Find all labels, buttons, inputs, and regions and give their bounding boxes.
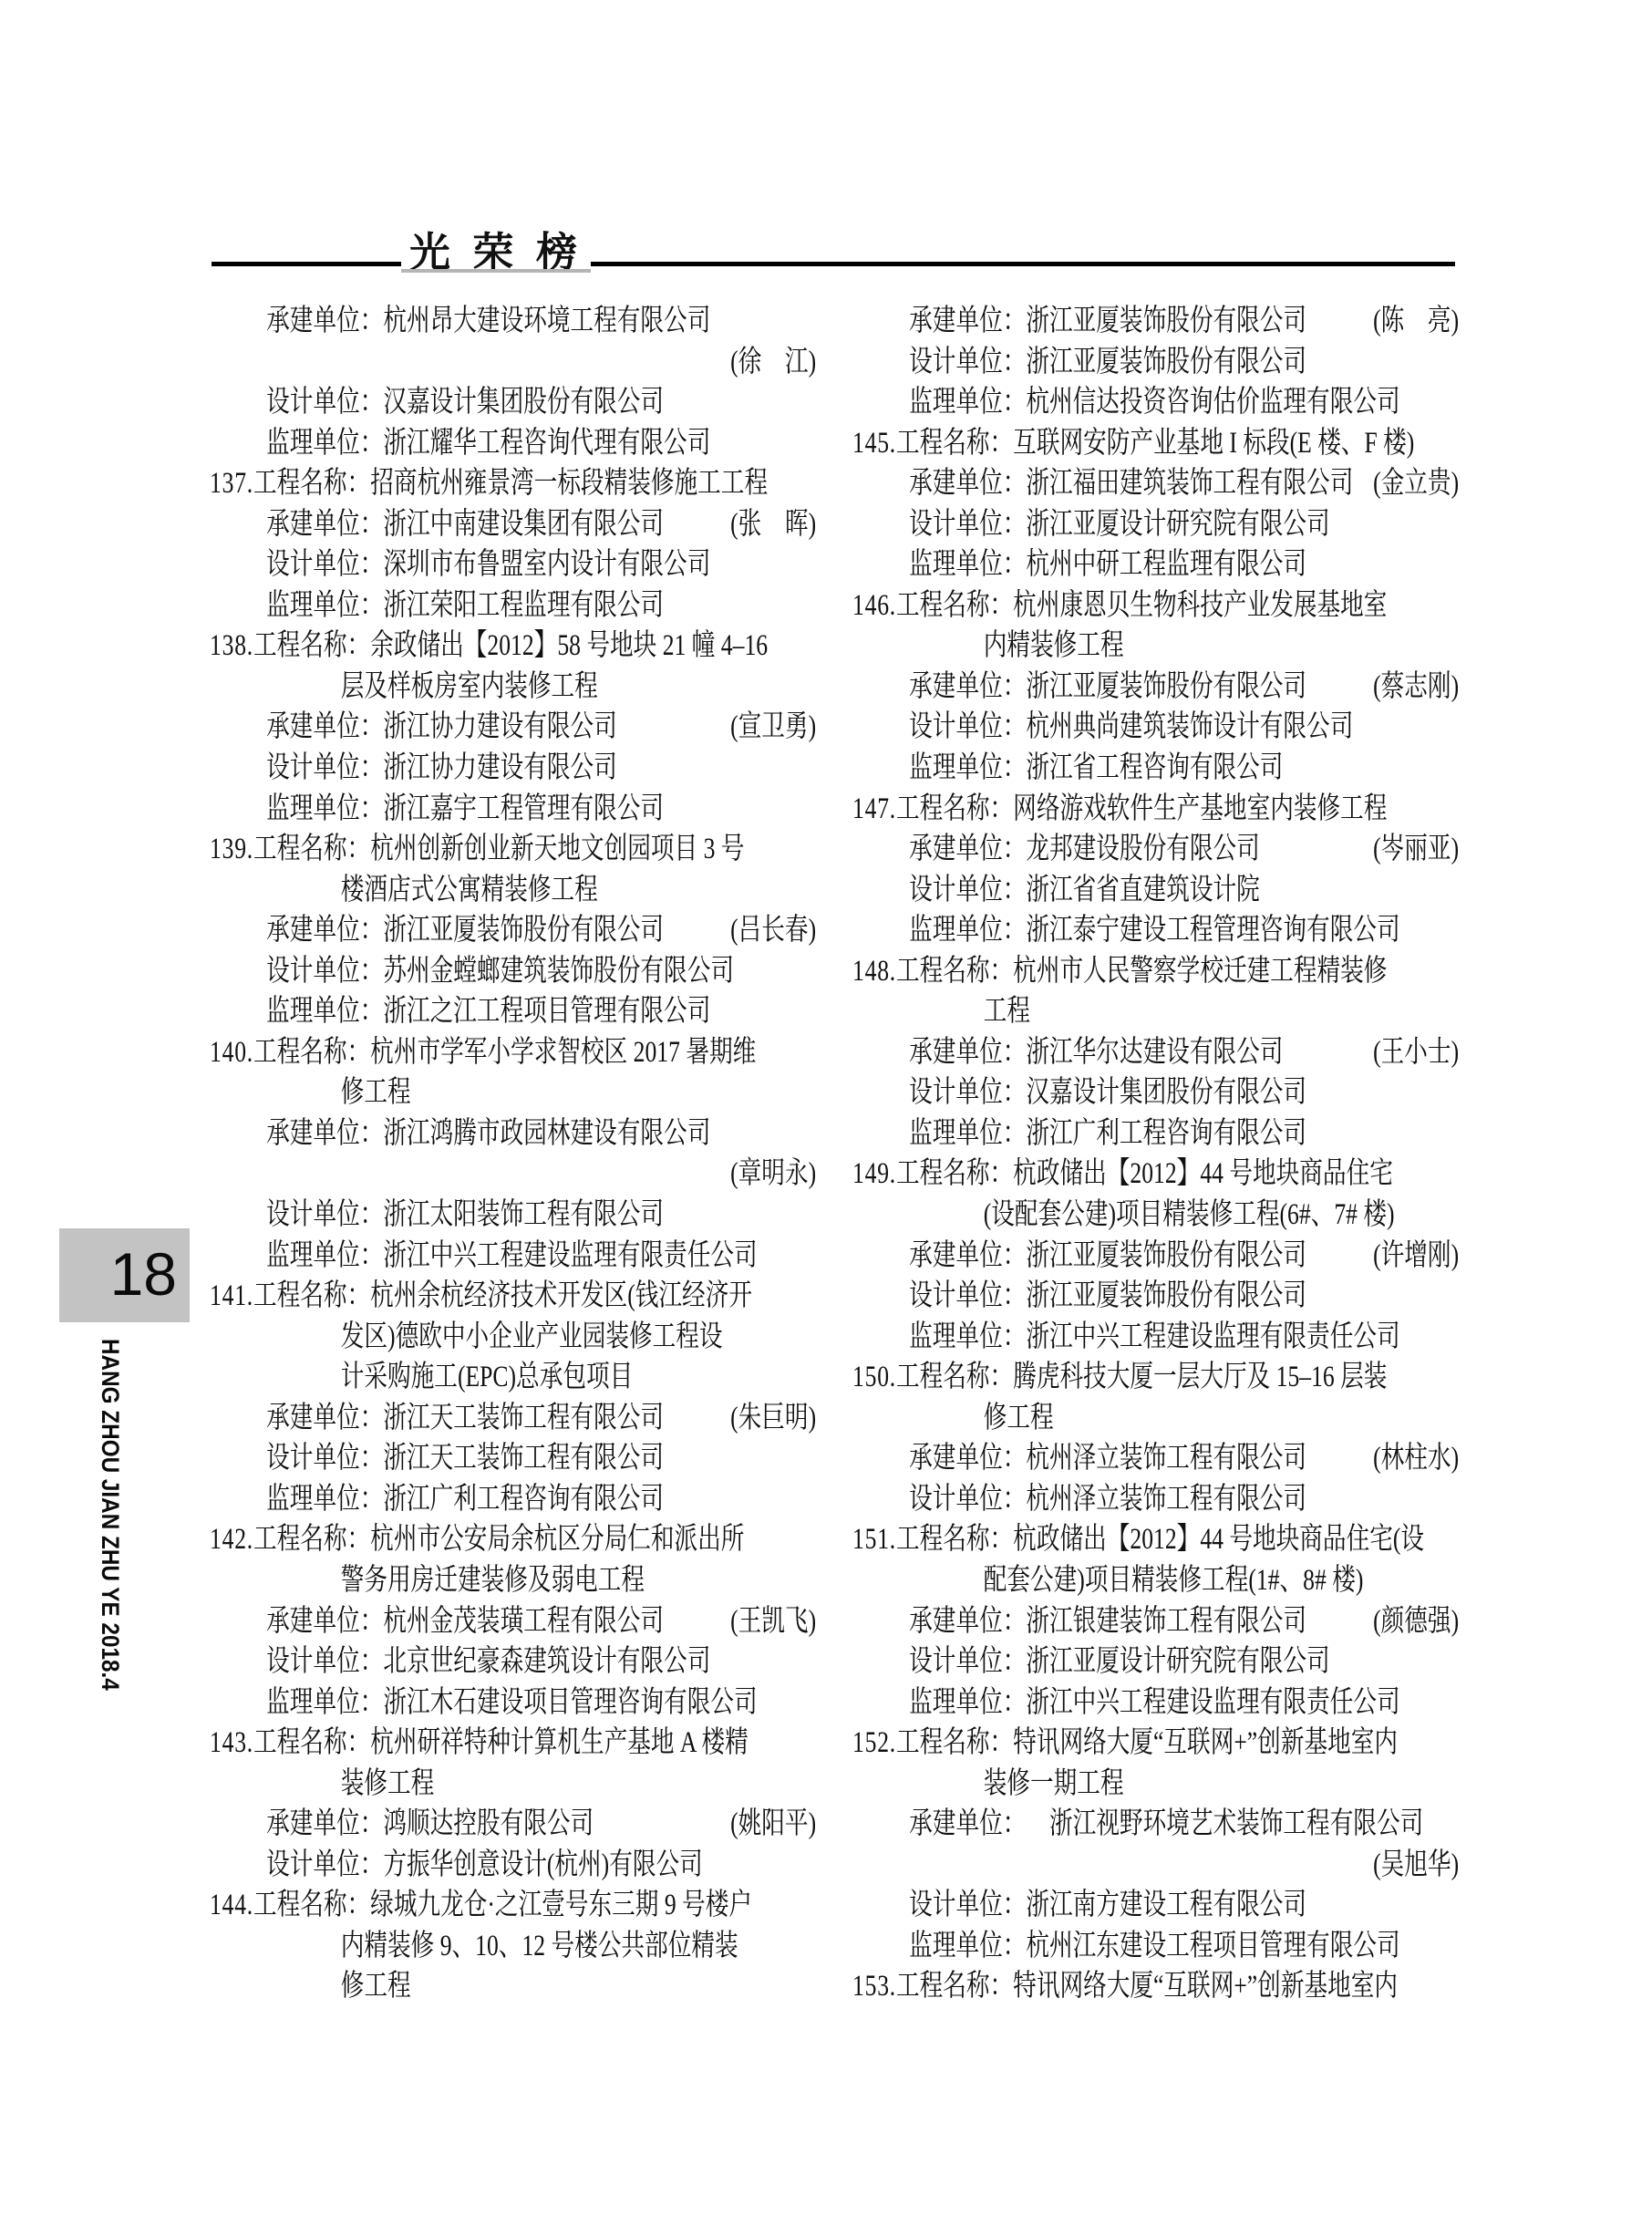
field-value: 浙江亚厦装饰股份有限公司 bbox=[1026, 342, 1306, 383]
field-line: 承建单位：鸿顺达控股有限公司(姚阳平) bbox=[210, 1804, 816, 1845]
field-value: 装修一期工程 bbox=[984, 1764, 1124, 1805]
project-title-line: 147.工程名称：网络游戏软件生产基地室内装修工程 bbox=[852, 789, 1459, 830]
field-label: 承建单位： bbox=[266, 301, 383, 342]
field-value: 汉嘉设计集团股份有限公司 bbox=[383, 382, 664, 423]
field-line: 监理单位：浙江耀华工程咨询代理有限公司 bbox=[210, 423, 816, 464]
wrapped-text-line: 配套公建)项目精装修工程(1#、8# 楼) bbox=[852, 1560, 1459, 1601]
field-value: 配套公建)项目精装修工程(1#、8# 楼) bbox=[984, 1560, 1364, 1601]
project-number: 137. bbox=[210, 463, 253, 504]
field-label: 承建单位： bbox=[266, 707, 383, 748]
field-line: 监理单位：浙江中兴工程建设监理有限责任公司 bbox=[852, 1317, 1459, 1358]
field-value: 鸿顺达控股有限公司 bbox=[383, 1804, 594, 1845]
award-person-name: (吴旭华) bbox=[1373, 1845, 1459, 1886]
field-value: 杭州江东建设工程项目管理有限公司 bbox=[1026, 1926, 1399, 1967]
award-person-name: (宣卫勇) bbox=[730, 707, 816, 748]
wrapped-text-line: 警务用房迁建装修及弱电工程 bbox=[210, 1560, 816, 1601]
field-label: 工程名称： bbox=[896, 1519, 1013, 1560]
project-title-line: 148.工程名称：杭州市人民警察学校迁建工程精装修 bbox=[852, 951, 1459, 992]
wrapped-text-line: 发区)德欧中小企业产业园装修工程设 bbox=[210, 1317, 816, 1358]
field-value: 杭州信达投资咨询估价监理有限公司 bbox=[1026, 382, 1399, 423]
wrapped-text-line: 工程 bbox=[852, 991, 1459, 1032]
magazine-page: 光 荣 榜 承建单位：杭州昂大建设环境工程有限公司(徐 江)设计单位：汉嘉设计集… bbox=[0, 0, 1652, 2226]
field-value: 浙江木石建设项目管理咨询有限公司 bbox=[383, 1682, 757, 1724]
field-value: 浙江省省直建筑设计院 bbox=[1026, 870, 1259, 911]
page-number-box: 18 bbox=[59, 1228, 190, 1322]
field-value: 腾虎科技大厦一层大厅及 15–16 层装 bbox=[1013, 1357, 1387, 1398]
field-line: 监理单位：浙江省工程咨询有限公司 bbox=[852, 748, 1459, 789]
project-number: 147. bbox=[852, 789, 896, 830]
field-value: 浙江银建装饰工程有限公司 bbox=[1026, 1601, 1306, 1642]
field-label: 设计单位： bbox=[266, 1845, 383, 1886]
field-label: 承建单位： bbox=[266, 1398, 383, 1439]
award-person-name: (章明永) bbox=[730, 1154, 816, 1195]
field-value: 计采购施工(EPC)总承包项目 bbox=[341, 1357, 634, 1398]
header-rule-right bbox=[591, 262, 1455, 266]
project-number: 138. bbox=[210, 626, 253, 667]
field-label: 工程名称： bbox=[896, 1357, 1013, 1398]
field-label: 工程名称： bbox=[253, 1885, 370, 1926]
field-value: 特讯网络大厦“互联网+”创新基地室内 bbox=[1013, 1966, 1398, 2007]
field-line: 监理单位：浙江广利工程咨询有限公司 bbox=[210, 1479, 816, 1520]
field-value: 楼酒店式公寓精装修工程 bbox=[341, 870, 598, 911]
field-label: 工程名称： bbox=[253, 829, 370, 870]
project-number: 150. bbox=[852, 1357, 896, 1398]
wrapped-text-line: 修工程 bbox=[210, 1966, 816, 2007]
field-value: 浙江中兴工程建设监理有限责任公司 bbox=[1026, 1317, 1399, 1358]
field-label: 监理单位： bbox=[266, 423, 383, 464]
field-value: 杭州余杭经济技术开发区(钱江经济开 bbox=[370, 1276, 752, 1317]
award-person-name: (蔡志刚) bbox=[1373, 667, 1459, 708]
project-number: 139. bbox=[210, 829, 253, 870]
field-value: 浙江广利工程咨询有限公司 bbox=[383, 1479, 664, 1520]
field-label: 设计单位： bbox=[909, 342, 1026, 383]
field-label: 工程名称： bbox=[896, 951, 1013, 992]
field-label: 监理单位： bbox=[909, 544, 1026, 585]
project-title-line: 151.工程名称：杭政储出【2012】44 号地块商品住宅(设 bbox=[852, 1519, 1459, 1560]
field-label: 监理单位： bbox=[909, 910, 1026, 951]
field-line: 设计单位：浙江亚厦设计研究院有限公司 bbox=[852, 504, 1459, 545]
field-value: 浙江协力建设有限公司 bbox=[383, 707, 616, 748]
award-person-name: (徐 江) bbox=[730, 342, 816, 383]
field-line: 设计单位：浙江南方建设工程有限公司 bbox=[852, 1885, 1459, 1926]
field-value: 浙江中南建设集团有限公司 bbox=[383, 504, 664, 545]
project-title-line: 146.工程名称：杭州康恩贝生物科技产业发展基地室 bbox=[852, 585, 1459, 626]
field-value: 浙江天工装饰工程有限公司 bbox=[383, 1438, 664, 1479]
project-number: 146. bbox=[852, 585, 896, 626]
field-label: 设计单位： bbox=[909, 1885, 1026, 1926]
field-value: 内精装修工程 bbox=[984, 626, 1124, 667]
field-line: 承建单位：杭州泽立装饰工程有限公司(林柱水) bbox=[852, 1438, 1459, 1479]
field-value: 杭州市学军小学求智校区 2017 暑期维 bbox=[370, 1032, 756, 1073]
field-value: 杭州市人民警察学校迁建工程精装修 bbox=[1013, 951, 1387, 992]
field-value: 层及样板房室内装修工程 bbox=[341, 667, 598, 708]
field-label: 承建单位： bbox=[909, 1032, 1026, 1073]
field-value: 浙江亚厦装饰股份有限公司 bbox=[383, 910, 664, 951]
field-label: 设计单位： bbox=[909, 1072, 1026, 1113]
field-label: 工程名称： bbox=[253, 626, 370, 667]
field-line: 设计单位：浙江协力建设有限公司 bbox=[210, 748, 816, 789]
field-label: 承建单位： bbox=[909, 667, 1026, 708]
field-line: 监理单位：浙江广利工程咨询有限公司 bbox=[852, 1113, 1459, 1154]
field-label: 承建单位： bbox=[266, 1601, 383, 1642]
field-value: 互联网安防产业基地 I 标段(E 楼、F 楼) bbox=[1013, 423, 1414, 464]
project-title-line: 153.工程名称：特讯网络大厦“互联网+”创新基地室内 bbox=[852, 1966, 1459, 2007]
field-line: 监理单位：杭州信达投资咨询估价监理有限公司 bbox=[852, 382, 1459, 423]
field-value: 杭州康恩贝生物科技产业发展基地室 bbox=[1013, 585, 1387, 626]
field-value: 龙邦建设股份有限公司 bbox=[1026, 829, 1259, 870]
field-line: 设计单位：浙江太阳装饰工程有限公司 bbox=[210, 1195, 816, 1236]
award-person-name: (吕长春) bbox=[730, 910, 816, 951]
field-line: 承建单位：浙江华尔达建设有限公司(王小士) bbox=[852, 1032, 1459, 1073]
field-value: 浙江中兴工程建设监理有限责任公司 bbox=[383, 1236, 757, 1277]
field-value: 工程 bbox=[984, 991, 1030, 1032]
field-value: 浙江协力建设有限公司 bbox=[383, 748, 616, 789]
field-label: 监理单位： bbox=[266, 991, 383, 1032]
field-line: 承建单位：龙邦建设股份有限公司(岑丽亚) bbox=[852, 829, 1459, 870]
field-value: 北京世纪豪森建筑设计有限公司 bbox=[383, 1641, 710, 1682]
field-value: 浙江耀华工程咨询代理有限公司 bbox=[383, 423, 710, 464]
project-title-line: 140.工程名称：杭州市学军小学求智校区 2017 暑期维 bbox=[210, 1032, 816, 1073]
project-title-line: 152.工程名称：特讯网络大厦“互联网+”创新基地室内 bbox=[852, 1723, 1459, 1764]
award-person-line: (章明永) bbox=[210, 1154, 816, 1195]
field-line: 设计单位：北京世纪豪森建筑设计有限公司 bbox=[210, 1641, 816, 1682]
field-line: 设计单位：浙江省省直建筑设计院 bbox=[852, 870, 1459, 911]
field-line: 监理单位：浙江泰宁建设工程管理咨询有限公司 bbox=[852, 910, 1459, 951]
field-value: 浙江嘉宇工程管理有限公司 bbox=[383, 789, 664, 830]
field-label: 设计单位： bbox=[909, 870, 1026, 911]
field-value: 浙江天工装饰工程有限公司 bbox=[383, 1398, 664, 1439]
field-label: 设计单位： bbox=[266, 748, 383, 789]
field-line: 设计单位：苏州金螳螂建筑装饰股份有限公司 bbox=[210, 951, 816, 992]
field-value: 特讯网络大厦“互联网+”创新基地室内 bbox=[1013, 1723, 1398, 1764]
field-value: 浙江亚厦装饰股份有限公司 bbox=[1026, 667, 1306, 708]
project-number: 144. bbox=[210, 1885, 253, 1926]
project-title-line: 144.工程名称：绿城九龙仓·之江壹号东三期 9 号楼户 bbox=[210, 1885, 816, 1926]
field-line: 监理单位：杭州中研工程监理有限公司 bbox=[852, 544, 1459, 585]
award-person-name: (林柱水) bbox=[1373, 1438, 1459, 1479]
project-number: 148. bbox=[852, 951, 896, 992]
wrapped-text-line: 内精装修工程 bbox=[852, 626, 1459, 667]
field-value: 浙江泰宁建设工程管理咨询有限公司 bbox=[1026, 910, 1399, 951]
field-label: 设计单位： bbox=[909, 504, 1026, 545]
field-value: 浙江太阳装饰工程有限公司 bbox=[383, 1195, 664, 1236]
field-label: 承建单位： bbox=[909, 1236, 1026, 1277]
field-label: 承建单位： bbox=[266, 910, 383, 951]
field-value: 发区)德欧中小企业产业园装修工程设 bbox=[341, 1317, 723, 1358]
project-title-line: 138.工程名称：余政储出【2012】58 号地块 21 幢 4–16 bbox=[210, 626, 816, 667]
field-line: 承建单位：浙江鸿腾市政园林建设有限公司 bbox=[210, 1113, 816, 1154]
journal-name-vertical: HANG ZHOU JIAN ZHU YE 2018.4 bbox=[96, 1339, 124, 1691]
header-rule-left bbox=[212, 262, 401, 266]
project-title-line: 145.工程名称：互联网安防产业基地 I 标段(E 楼、F 楼) bbox=[852, 423, 1459, 464]
field-label: 设计单位： bbox=[909, 1641, 1026, 1682]
left-column: 承建单位：杭州昂大建设环境工程有限公司(徐 江)设计单位：汉嘉设计集团股份有限公… bbox=[210, 301, 816, 2007]
field-value: 杭州创新创业新天地文创园项目 3 号 bbox=[370, 829, 744, 870]
wrapped-text-line: 内精装修 9、10、12 号楼公共部位精装 bbox=[210, 1926, 816, 1967]
field-label: 承建单位： bbox=[266, 1113, 383, 1154]
project-title-line: 143.工程名称：杭州研祥特种计算机生产基地 A 楼精 bbox=[210, 1723, 816, 1764]
field-label: 承建单位： bbox=[909, 463, 1026, 504]
field-label: 监理单位： bbox=[909, 1682, 1026, 1724]
field-line: 设计单位：汉嘉设计集团股份有限公司 bbox=[852, 1072, 1459, 1113]
project-number: 142. bbox=[210, 1519, 253, 1560]
award-person-name: (金立贵) bbox=[1373, 463, 1459, 504]
wrapped-text-line: 计采购施工(EPC)总承包项目 bbox=[210, 1357, 816, 1398]
project-number: 149. bbox=[852, 1154, 896, 1195]
field-line: 承建单位：浙江天工装饰工程有限公司(朱巨明) bbox=[210, 1398, 816, 1439]
project-number: 140. bbox=[210, 1032, 253, 1073]
award-person-line: (徐 江) bbox=[210, 342, 816, 383]
field-value: 修工程 bbox=[341, 1072, 411, 1113]
field-value: 杭州中研工程监理有限公司 bbox=[1026, 544, 1306, 585]
field-value: 汉嘉设计集团股份有限公司 bbox=[1026, 1072, 1306, 1113]
field-label: 设计单位： bbox=[266, 382, 383, 423]
field-value: 浙江亚厦装饰股份有限公司 bbox=[1026, 1276, 1306, 1317]
project-title-line: 142.工程名称：杭州市公安局余杭区分局仁和派出所 bbox=[210, 1519, 816, 1560]
wrapped-text-line: 层及样板房室内装修工程 bbox=[210, 667, 816, 708]
award-person-name: (张 晖) bbox=[730, 504, 816, 545]
field-line: 监理单位：浙江之江工程项目管理有限公司 bbox=[210, 991, 816, 1032]
field-line: 设计单位：浙江亚厦装饰股份有限公司 bbox=[852, 342, 1459, 383]
award-person-name: (许增刚) bbox=[1373, 1236, 1459, 1277]
field-label: 工程名称： bbox=[896, 585, 1013, 626]
field-label: 监理单位： bbox=[266, 585, 383, 626]
field-label: 承建单位： bbox=[909, 301, 1026, 342]
field-line: 监理单位：浙江中兴工程建设监理有限责任公司 bbox=[852, 1682, 1459, 1724]
field-value: 浙江中兴工程建设监理有限责任公司 bbox=[1026, 1682, 1399, 1724]
field-label: 工程名称： bbox=[896, 1966, 1013, 2007]
field-label: 工程名称： bbox=[896, 1154, 1013, 1195]
header-rule-shadow bbox=[401, 269, 591, 273]
field-value: 浙江南方建设工程有限公司 bbox=[1026, 1885, 1306, 1926]
field-label: 工程名称： bbox=[253, 1519, 370, 1560]
field-label: 工程名称： bbox=[253, 1723, 370, 1764]
award-person-name: (王小士) bbox=[1373, 1032, 1459, 1073]
field-label: 工程名称： bbox=[896, 1723, 1013, 1764]
field-line: 设计单位：浙江亚厦装饰股份有限公司 bbox=[852, 1276, 1459, 1317]
field-label: 工程名称： bbox=[896, 423, 1013, 464]
wrapped-text-line: 装修工程 bbox=[210, 1764, 816, 1805]
project-number: 141. bbox=[210, 1276, 253, 1317]
project-title-line: 137.工程名称：招商杭州雍景湾一标段精装修施工工程 bbox=[210, 463, 816, 504]
field-label: 承建单位： bbox=[266, 1804, 383, 1845]
field-value: 浙江鸿腾市政园林建设有限公司 bbox=[383, 1113, 710, 1154]
field-line: 设计单位：方振华创意设计(杭州)有限公司 bbox=[210, 1845, 816, 1886]
field-line: 设计单位：杭州典尚建筑装饰设计有限公司 bbox=[852, 707, 1459, 748]
field-line: 承建单位： 浙江视野环境艺术装饰工程有限公司 bbox=[852, 1804, 1459, 1845]
field-line: 监理单位：浙江木石建设项目管理咨询有限公司 bbox=[210, 1682, 816, 1724]
field-label: 监理单位： bbox=[266, 1236, 383, 1277]
field-value: 苏州金螳螂建筑装饰股份有限公司 bbox=[383, 951, 734, 992]
project-title-line: 150.工程名称：腾虎科技大厦一层大厅及 15–16 层装 bbox=[852, 1357, 1459, 1398]
field-label: 工程名称： bbox=[253, 463, 370, 504]
field-value: 杭政储出【2012】44 号地块商品住宅(设 bbox=[1013, 1519, 1424, 1560]
field-label: 监理单位： bbox=[909, 1926, 1026, 1967]
field-line: 承建单位：浙江亚厦装饰股份有限公司(陈 亮) bbox=[852, 301, 1459, 342]
field-value: 修工程 bbox=[341, 1966, 411, 2007]
field-value: 杭州市公安局余杭区分局仁和派出所 bbox=[370, 1519, 744, 1560]
project-title-line: 149.工程名称：杭政储出【2012】44 号地块商品住宅 bbox=[852, 1154, 1459, 1195]
award-person-name: (朱巨明) bbox=[730, 1398, 816, 1439]
field-line: 承建单位：浙江银建装饰工程有限公司(颜德强) bbox=[852, 1601, 1459, 1642]
field-line: 监理单位：杭州江东建设工程项目管理有限公司 bbox=[852, 1926, 1459, 1967]
field-label: 监理单位： bbox=[909, 1113, 1026, 1154]
field-label: 承建单位： bbox=[909, 1601, 1026, 1642]
project-number: 143. bbox=[210, 1723, 253, 1764]
field-label: 监理单位： bbox=[266, 1682, 383, 1724]
field-value: 内精装修 9、10、12 号楼公共部位精装 bbox=[341, 1926, 738, 1967]
field-value: 招商杭州雍景湾一标段精装修施工工程 bbox=[370, 463, 768, 504]
field-label: 设计单位： bbox=[909, 1479, 1026, 1520]
wrapped-text-line: 装修一期工程 bbox=[852, 1764, 1459, 1805]
field-label: 监理单位： bbox=[909, 1317, 1026, 1358]
field-value: 修工程 bbox=[984, 1398, 1054, 1439]
field-value: 杭州泽立装饰工程有限公司 bbox=[1026, 1479, 1306, 1520]
field-value: 浙江广利工程咨询有限公司 bbox=[1026, 1113, 1306, 1154]
field-line: 监理单位：浙江荣阳工程监理有限公司 bbox=[210, 585, 816, 626]
award-person-name: (姚阳平) bbox=[730, 1804, 816, 1845]
field-label: 设计单位： bbox=[266, 1438, 383, 1479]
field-value: 杭州研祥特种计算机生产基地 A 楼精 bbox=[370, 1723, 749, 1764]
field-line: 设计单位：杭州泽立装饰工程有限公司 bbox=[852, 1479, 1459, 1520]
award-person-name: (陈 亮) bbox=[1373, 301, 1459, 342]
field-line: 承建单位：杭州金茂装璜工程有限公司(王凯飞) bbox=[210, 1601, 816, 1642]
project-number: 153. bbox=[852, 1966, 896, 2007]
field-label: 工程名称： bbox=[253, 1276, 370, 1317]
field-label: 监理单位： bbox=[266, 789, 383, 830]
field-line: 监理单位：浙江中兴工程建设监理有限责任公司 bbox=[210, 1236, 816, 1277]
field-line: 承建单位：杭州昂大建设环境工程有限公司 bbox=[210, 301, 816, 342]
field-line: 承建单位：浙江中南建设集团有限公司(张 晖) bbox=[210, 504, 816, 545]
field-label: 监理单位： bbox=[266, 1479, 383, 1520]
field-label: 承建单位： bbox=[266, 504, 383, 545]
field-label: 设计单位： bbox=[909, 707, 1026, 748]
award-person-name: (岑丽亚) bbox=[1373, 829, 1459, 870]
field-label: 设计单位： bbox=[266, 1195, 383, 1236]
field-value: 浙江之江工程项目管理有限公司 bbox=[383, 991, 710, 1032]
field-value: (设配套公建)项目精装修工程(6#、7# 楼) bbox=[984, 1195, 1395, 1236]
project-title-line: 141.工程名称：杭州余杭经济技术开发区(钱江经济开 bbox=[210, 1276, 816, 1317]
project-number: 152. bbox=[852, 1723, 896, 1764]
field-value: 方振华创意设计(杭州)有限公司 bbox=[383, 1845, 702, 1886]
field-value: 浙江视野环境艺术装饰工程有限公司 bbox=[1026, 1804, 1423, 1845]
field-value: 杭州泽立装饰工程有限公司 bbox=[1026, 1438, 1306, 1479]
field-value: 深圳市布鲁盟室内设计有限公司 bbox=[383, 544, 710, 585]
field-line: 设计单位：汉嘉设计集团股份有限公司 bbox=[210, 382, 816, 423]
field-value: 杭政储出【2012】44 号地块商品住宅 bbox=[1013, 1154, 1393, 1195]
field-line: 设计单位：浙江亚厦设计研究院有限公司 bbox=[852, 1641, 1459, 1682]
field-value: 浙江亚厦装饰股份有限公司 bbox=[1026, 1236, 1306, 1277]
field-label: 工程名称： bbox=[896, 789, 1013, 830]
project-number: 151. bbox=[852, 1519, 896, 1560]
field-line: 承建单位：浙江亚厦装饰股份有限公司(吕长春) bbox=[210, 910, 816, 951]
right-column: 承建单位：浙江亚厦装饰股份有限公司(陈 亮)设计单位：浙江亚厦装饰股份有限公司监… bbox=[852, 301, 1459, 2007]
field-line: 承建单位：浙江福田建筑装饰工程有限公司(金立贵) bbox=[852, 463, 1459, 504]
field-value: 绿城九龙仓·之江壹号东三期 9 号楼户 bbox=[370, 1885, 752, 1926]
field-value: 浙江省工程咨询有限公司 bbox=[1026, 748, 1283, 789]
field-value: 警务用房迁建装修及弱电工程 bbox=[341, 1560, 645, 1601]
field-value: 杭州昂大建设环境工程有限公司 bbox=[383, 301, 710, 342]
field-label: 设计单位： bbox=[266, 951, 383, 992]
project-number: 145. bbox=[852, 423, 896, 464]
field-line: 承建单位：浙江亚厦装饰股份有限公司(蔡志刚) bbox=[852, 667, 1459, 708]
field-label: 设计单位： bbox=[909, 1276, 1026, 1317]
field-line: 承建单位：浙江亚厦装饰股份有限公司(许增刚) bbox=[852, 1236, 1459, 1277]
field-line: 监理单位：浙江嘉宇工程管理有限公司 bbox=[210, 789, 816, 830]
field-value: 浙江亚厦设计研究院有限公司 bbox=[1026, 1641, 1329, 1682]
field-label: 监理单位： bbox=[909, 382, 1026, 423]
award-person-line: (吴旭华) bbox=[852, 1845, 1459, 1886]
award-person-name: (颜德强) bbox=[1373, 1601, 1459, 1642]
field-line: 设计单位：浙江天工装饰工程有限公司 bbox=[210, 1438, 816, 1479]
wrapped-text-line: 楼酒店式公寓精装修工程 bbox=[210, 870, 816, 911]
field-value: 浙江亚厦设计研究院有限公司 bbox=[1026, 504, 1329, 545]
wrapped-text-line: 修工程 bbox=[210, 1072, 816, 1113]
field-line: 设计单位：深圳市布鲁盟室内设计有限公司 bbox=[210, 544, 816, 585]
field-label: 设计单位： bbox=[266, 544, 383, 585]
field-label: 设计单位： bbox=[266, 1641, 383, 1682]
wrapped-text-line: (设配套公建)项目精装修工程(6#、7# 楼) bbox=[852, 1195, 1459, 1236]
page-number: 18 bbox=[59, 1228, 190, 1320]
field-value: 浙江荣阳工程监理有限公司 bbox=[383, 585, 664, 626]
field-value: 浙江华尔达建设有限公司 bbox=[1026, 1032, 1283, 1073]
field-label: 承建单位： bbox=[909, 1804, 1026, 1845]
field-value: 杭州典尚建筑装饰设计有限公司 bbox=[1026, 707, 1353, 748]
project-title-line: 139.工程名称：杭州创新创业新天地文创园项目 3 号 bbox=[210, 829, 816, 870]
field-label: 监理单位： bbox=[909, 748, 1026, 789]
field-label: 承建单位： bbox=[909, 829, 1026, 870]
field-label: 承建单位： bbox=[909, 1438, 1026, 1479]
award-person-name: (王凯飞) bbox=[730, 1601, 816, 1642]
field-value: 装修工程 bbox=[341, 1764, 435, 1805]
wrapped-text-line: 修工程 bbox=[852, 1398, 1459, 1439]
field-value: 浙江福田建筑装饰工程有限公司 bbox=[1026, 463, 1353, 504]
field-value: 余政储出【2012】58 号地块 21 幢 4–16 bbox=[370, 626, 768, 667]
field-value: 网络游戏软件生产基地室内装修工程 bbox=[1013, 789, 1387, 830]
field-value: 浙江亚厦装饰股份有限公司 bbox=[1026, 301, 1306, 342]
field-line: 承建单位：浙江协力建设有限公司(宣卫勇) bbox=[210, 707, 816, 748]
field-value: 杭州金茂装璜工程有限公司 bbox=[383, 1601, 664, 1642]
field-label: 工程名称： bbox=[253, 1032, 370, 1073]
